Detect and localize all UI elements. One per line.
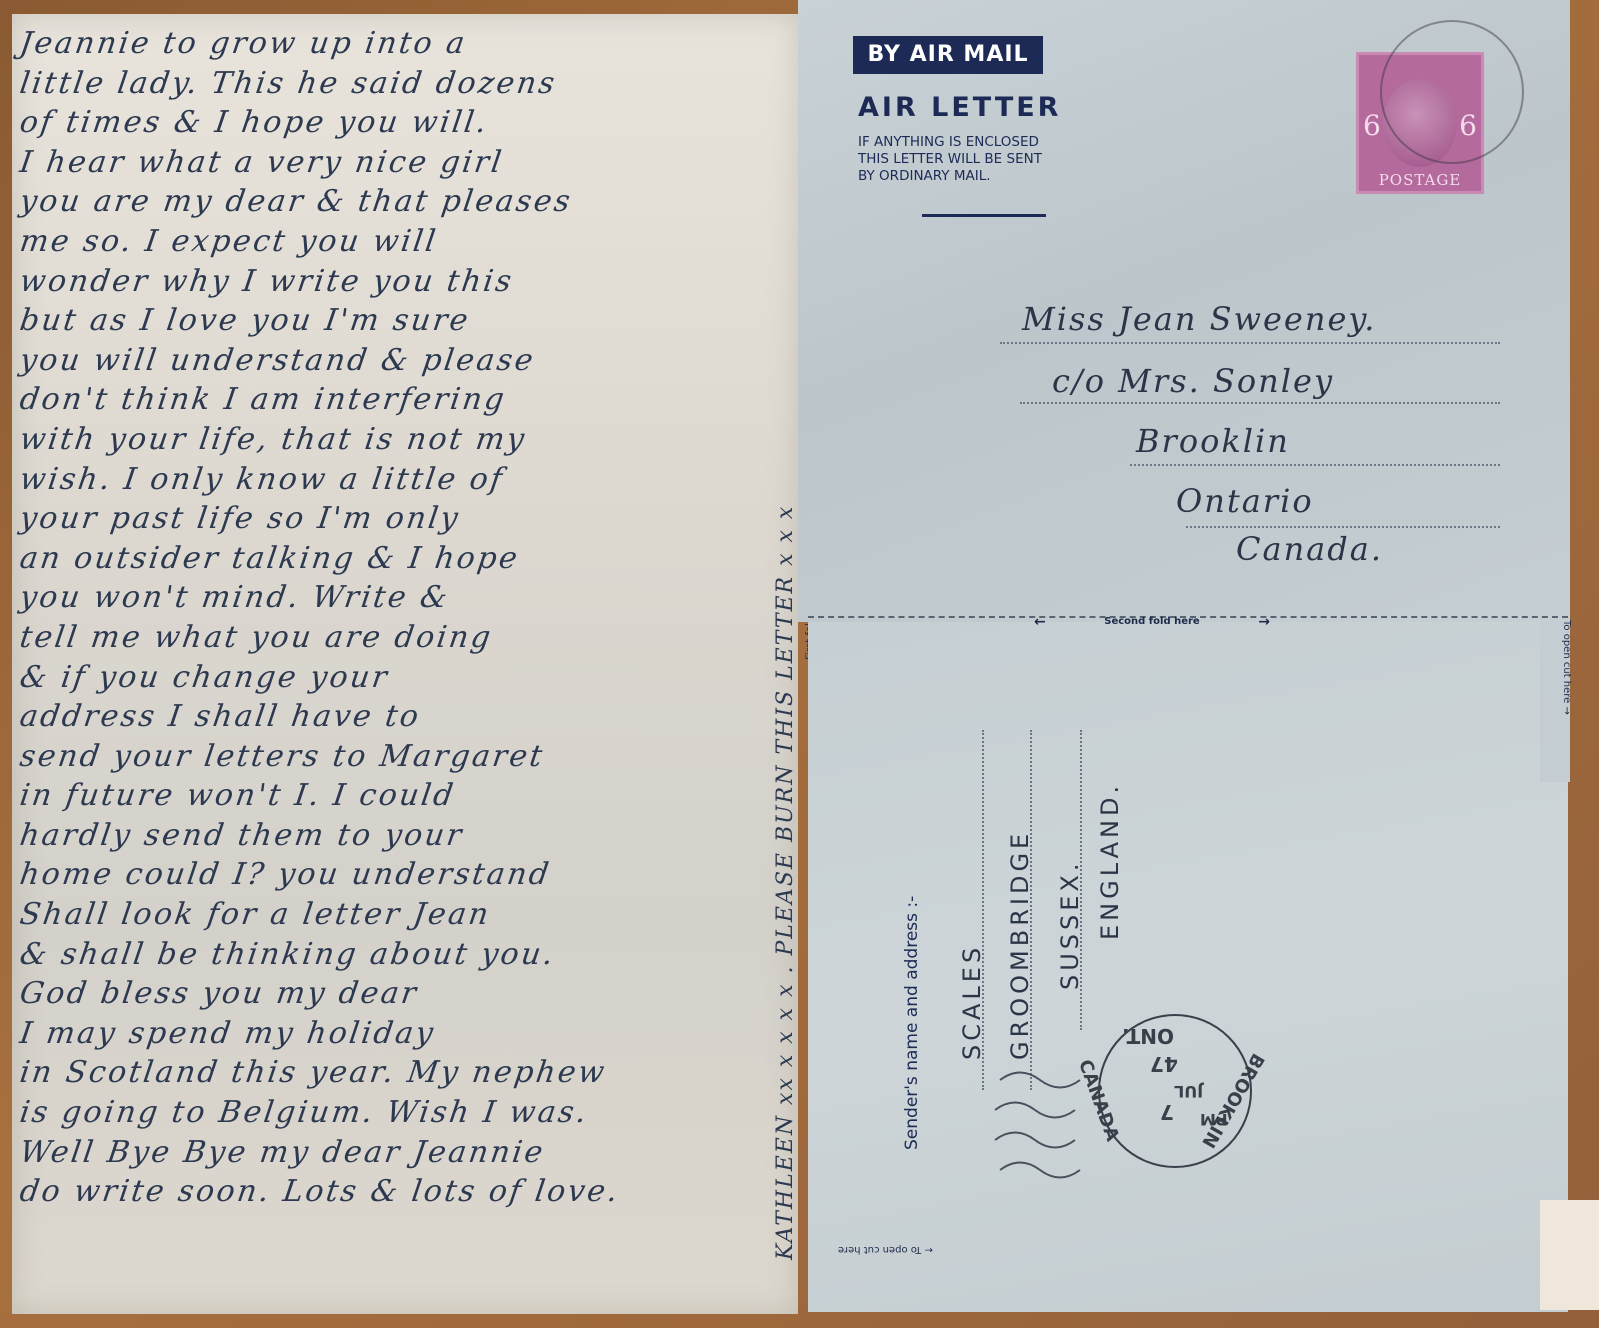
letter-line: & shall be thinking about you. xyxy=(17,935,793,975)
sender-dotted-line xyxy=(982,730,984,1090)
address-dotted-line xyxy=(1186,526,1500,528)
address-dotted-line xyxy=(1130,464,1500,466)
letter-line: do write soon. Lots & lots of love. xyxy=(17,1172,793,1212)
address-line-town: Brooklin xyxy=(1136,422,1290,460)
letter-line: with your life, that is not my xyxy=(17,420,793,460)
letter-line: but as I love you I'm sure xyxy=(17,301,793,341)
letter-line: you won't mind. Write & xyxy=(17,578,793,618)
letter-line: Shall look for a letter Jean xyxy=(17,895,793,935)
letter-line: me so. I expect you will xyxy=(17,222,793,262)
stamp-cancellation-ring xyxy=(1380,20,1524,164)
open-cut-label-side: To open cut here → xyxy=(1561,620,1572,715)
postmark-day: 7 xyxy=(1160,1100,1174,1124)
letter-line: in future won't I. I could xyxy=(17,776,793,816)
by-air-mail-banner: BY AIR MAIL xyxy=(853,36,1043,74)
letter-line: God bless you my dear xyxy=(17,974,793,1014)
letter-line: an outsider talking & I hope xyxy=(17,539,793,579)
letter-line: little lady. This he said dozens xyxy=(17,64,793,104)
handwritten-letter-page: Jeannie to grow up into a little lady. T… xyxy=(12,14,798,1314)
address-line-care-of: c/o Mrs. Sonley xyxy=(1052,362,1334,400)
stamp-postage-label: POSTAGE xyxy=(1359,171,1481,189)
open-cut-label-bottom: ← To open cut here xyxy=(838,1244,933,1255)
enclosure-notice: IF ANYTHING IS ENCLOSED THIS LETTER WILL… xyxy=(858,134,1042,185)
address-dotted-line xyxy=(1020,402,1500,404)
letter-line: you are my dear & that pleases xyxy=(17,182,793,222)
stamp-value-left: 6 xyxy=(1363,109,1381,142)
divider-rule xyxy=(922,214,1046,217)
letter-line: tell me what you are doing xyxy=(17,618,793,658)
sender-address-label: Sender's name and address :- xyxy=(902,896,922,1150)
sender-dotted-line xyxy=(1030,730,1032,1090)
letter-line: wonder why I write you this xyxy=(17,262,793,302)
notice-line: BY ORDINARY MAIL. xyxy=(858,168,1042,185)
air-letter-title: AIR LETTER xyxy=(858,92,1061,123)
address-dotted-line xyxy=(1000,342,1500,344)
letter-line: is going to Belgium. Wish I was. xyxy=(17,1093,793,1133)
letter-line: you will understand & please xyxy=(17,341,793,381)
letter-line: send your letters to Margaret xyxy=(17,737,793,777)
postmark-month: JUL xyxy=(1174,1082,1203,1101)
letter-line: your past life so I'm only xyxy=(17,499,793,539)
torn-paper-edge xyxy=(1540,1200,1599,1310)
letter-line: hardly send them to your xyxy=(17,816,793,856)
address-line-name: Miss Jean Sweeney. xyxy=(1022,300,1376,338)
postmark-province: ONT. xyxy=(1122,1024,1174,1048)
letter-line: home could I? you understand xyxy=(17,855,793,895)
letter-line: & if you change your xyxy=(17,658,793,698)
letter-line: I may spend my holiday xyxy=(17,1014,793,1054)
arrow-right-icon: ← xyxy=(925,1244,933,1255)
letter-body: Jeannie to grow up into a little lady. T… xyxy=(20,24,790,1212)
notice-line: THIS LETTER WILL BE SENT xyxy=(858,151,1042,168)
letter-line: don't think I am interfering xyxy=(17,380,793,420)
letter-line: address I shall have to xyxy=(17,697,793,737)
notice-line: IF ANYTHING IS ENCLOSED xyxy=(858,134,1042,151)
wavy-cancel-icon xyxy=(990,1060,1090,1200)
sender-dotted-line xyxy=(1080,730,1082,1030)
letter-line: Jeannie to grow up into a xyxy=(17,24,793,64)
address-line-province: Ontario xyxy=(1176,482,1314,520)
letter-line: in Scotland this year. My nephew xyxy=(17,1053,793,1093)
address-line-country: Canada. xyxy=(1236,530,1383,568)
air-letter-back-panel xyxy=(808,622,1568,1312)
sender-line: ENGLAND. xyxy=(1096,782,1124,940)
letter-line: Well Bye Bye my dear Jeannie xyxy=(17,1133,793,1173)
letter-line: wish. I only know a little of xyxy=(17,460,793,500)
second-fold-label: Second fold here xyxy=(1034,616,1270,627)
letter-line: of times & I hope you will. xyxy=(17,103,793,143)
margin-note-text: KATHLEEN xx x x x x . PLEASE BURN THIS L… xyxy=(773,505,798,1260)
arrow-down-icon: → xyxy=(1561,707,1572,715)
postmark-year: 47 xyxy=(1150,1052,1178,1076)
letter-line: I hear what a very nice girl xyxy=(17,143,793,183)
